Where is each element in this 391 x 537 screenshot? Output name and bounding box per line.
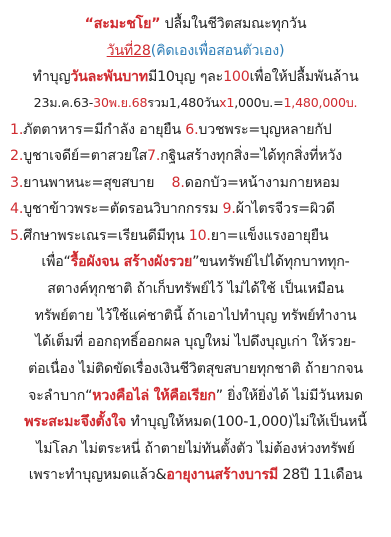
merit-row: 4.บูชาข้าวพระ=ตัดรอนวิบากกรรม 9.ผ้าไตรจี… bbox=[0, 196, 391, 222]
body-line-7: พระสะมะจึงตั้งใจ ทำบุญให้หมด(100-1,000)ไ… bbox=[0, 409, 391, 435]
body-line-9: เพราะทำบุญหมดแล้ว&อายุงานสร้างบารมี 28ปี… bbox=[0, 462, 391, 488]
merit-number: 9. bbox=[223, 201, 236, 217]
merit-text: บูชาเจดีย์=ตาสวยใส bbox=[23, 148, 147, 164]
merit-number: 10. bbox=[189, 228, 211, 244]
body-highlight: รื้อผังจน สร้างผังรวย bbox=[71, 254, 192, 270]
body-line-3: ทรัพย์ตาย ไว้ใช้แค่ชาตินี้ ถ้าเอาไปทำบุญ… bbox=[0, 303, 391, 329]
merit-number: 3. bbox=[10, 175, 23, 191]
merit-text: ภัตตาหาร=มีกำลัง อายุยืน bbox=[23, 122, 185, 138]
intro-line-1: ทำบุญวันละพันบาทมี10บุญ ๆละ100เพื่อให้ปล… bbox=[0, 64, 391, 90]
day-subtitle: (คิดเองเพื่อสอนตัวเอง) bbox=[151, 43, 285, 59]
merit-row: 1.ภัตตาหาร=มีกำลัง อายุยืน 6.บวชพระ=บุญห… bbox=[0, 117, 391, 143]
body-text: 28ปี 11เดือน bbox=[278, 467, 362, 483]
body-highlight: พระสะมะจึงตั้งใจ bbox=[24, 414, 126, 430]
multiplier-rest: ,000บ.= bbox=[234, 95, 283, 110]
body-highlight: หวงคือไล่ ให้คือเรียก bbox=[92, 388, 216, 404]
body-text: ”ขนทรัพย์ไปได้ทุกบาททุก- bbox=[192, 254, 349, 270]
body-line-2: สตางค์ทุกชาติ ถ้าเก็บทรัพย์ไว้ ไม่ได้ใช้… bbox=[0, 276, 391, 302]
merit-number: 5. bbox=[10, 228, 23, 244]
date-start: 23ม.ค.63- bbox=[34, 95, 94, 110]
body-line-8: ไม่โลภ ไม่ตระหนี่ ถ้าตายไม่ทันตั้งตัว ไม… bbox=[0, 436, 391, 462]
merit-row: 2.บูชาเจดีย์=ตาสวยใส7.กฐินสร้างทุกสิ่ง=ไ… bbox=[0, 143, 391, 169]
merit-text: กฐินสร้างทุกสิ่ง=ได้ทุกสิ่งที่หวัง bbox=[160, 148, 342, 164]
multiplier: x1 bbox=[219, 95, 234, 110]
intro-text: เพื่อให้ปลื้มพันล้าน bbox=[250, 69, 359, 85]
day-line: วันที่28(คิดเองเพื่อสอนตัวเอง) bbox=[0, 38, 391, 64]
merit-text: บวชพระ=บุญหลายกัป bbox=[198, 122, 331, 138]
title-quote: “สะมะชโย” bbox=[85, 16, 161, 32]
merit-row: 5.ศึกษาพระเณร=เรียนดีมีทุน 10.ยา=แข็งแรง… bbox=[0, 223, 391, 249]
merit-text: ผ้าไตรจีวร=ผิวดี bbox=[236, 201, 335, 217]
merit-number: 1. bbox=[10, 122, 23, 138]
merit-text: ยานพาหนะ=สุขสบาย bbox=[23, 175, 171, 191]
merit-number: 8. bbox=[172, 175, 185, 191]
body-line-4: ได้เต็มที่ ออกฤทธิ์ออกผล บุญใหม่ ไปดึงบุ… bbox=[0, 329, 391, 355]
title-line: “สะมะชโย” ปลื้มในชีวิตสมณะทุกวัน bbox=[0, 11, 391, 37]
body-highlight: อายุงานสร้างบารมี bbox=[166, 467, 278, 483]
total-days: รวม1,480วัน bbox=[147, 95, 219, 110]
merit-row: 3.ยานพาหนะ=สุขสบาย 8.ดอกบัว=หน้างามกายหอ… bbox=[0, 170, 391, 196]
body-text: ” ยิ่งให้ยิ่งได้ ไม่มีวันหมด bbox=[216, 388, 363, 404]
date-end: 30พ.ย.68 bbox=[93, 95, 147, 110]
merit-text: ศึกษาพระเณร=เรียนดีมีทุน bbox=[23, 228, 189, 244]
document-page: “สะมะชโย” ปลื้มในชีวิตสมณะทุกวัน วันที่2… bbox=[0, 0, 391, 537]
merit-number: 2. bbox=[10, 148, 23, 164]
body-line-6: จะลำบาก“หวงคือไล่ ให้คือเรียก” ยิ่งให้ยิ… bbox=[0, 383, 391, 409]
body-text: เพื่อ“ bbox=[41, 254, 70, 270]
body-line-1: เพื่อ“รื้อผังจน สร้างผังรวย”ขนทรัพย์ไปได… bbox=[0, 249, 391, 275]
merit-text: ดอกบัว=หน้างามกายหอม bbox=[185, 175, 340, 191]
merit-text: บูชาข้าวพระ=ตัดรอนวิบากกรรม bbox=[23, 201, 222, 217]
merit-number: 7. bbox=[147, 148, 160, 164]
day-label: วันที่28 bbox=[107, 43, 151, 59]
merit-number: 4. bbox=[10, 201, 23, 217]
total-amount-rest: ,480,000บ. bbox=[291, 95, 357, 110]
body-text: ทำบุญให้หมด(100-1,000)ไม่ให้เป็นหนี้ bbox=[126, 414, 367, 430]
intro-amount: 100 bbox=[223, 69, 249, 85]
intro-highlight: วันละพันบาท bbox=[70, 69, 148, 85]
title-rest: ปลื้มในชีวิตสมณะทุกวัน bbox=[160, 16, 306, 32]
body-line-5: ต่อเนื่อง ไม่ติดขัดเรื่องเงินชีวิตสุขสบา… bbox=[0, 356, 391, 382]
merit-number: 6. bbox=[185, 122, 198, 138]
intro-line-2: 23ม.ค.63-30พ.ย.68รวม1,480วันx1,000บ.=1,4… bbox=[0, 90, 391, 116]
intro-text: ทำบุญ bbox=[33, 69, 71, 85]
body-text: เพราะทำบุญหมดแล้ว& bbox=[29, 467, 167, 483]
intro-text: มี10บุญ ๆละ bbox=[148, 69, 223, 85]
merit-text: ยา=แข็งแรงอายุยืน bbox=[211, 228, 329, 244]
body-text: จะลำบาก“ bbox=[28, 388, 92, 404]
